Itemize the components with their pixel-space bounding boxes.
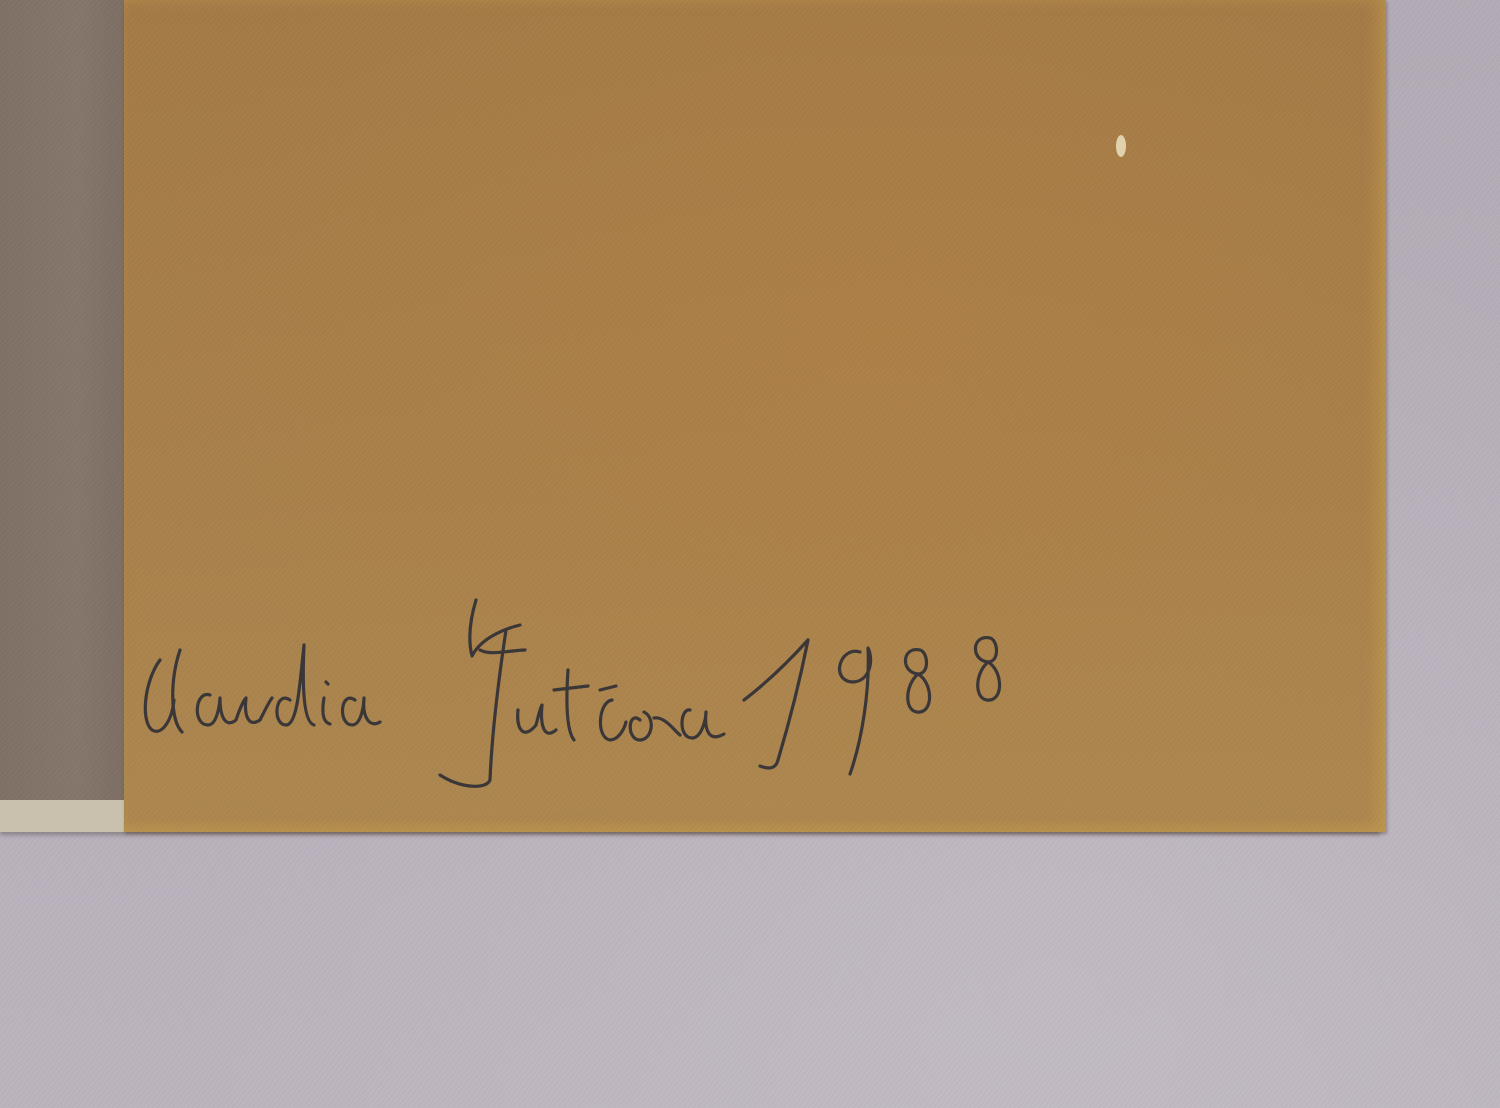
paper-speck xyxy=(1116,135,1126,157)
left-board xyxy=(0,0,128,800)
handwritten-signature: Claudia Kutsova 1988 xyxy=(140,590,1220,800)
signature-strokes xyxy=(140,590,1220,800)
